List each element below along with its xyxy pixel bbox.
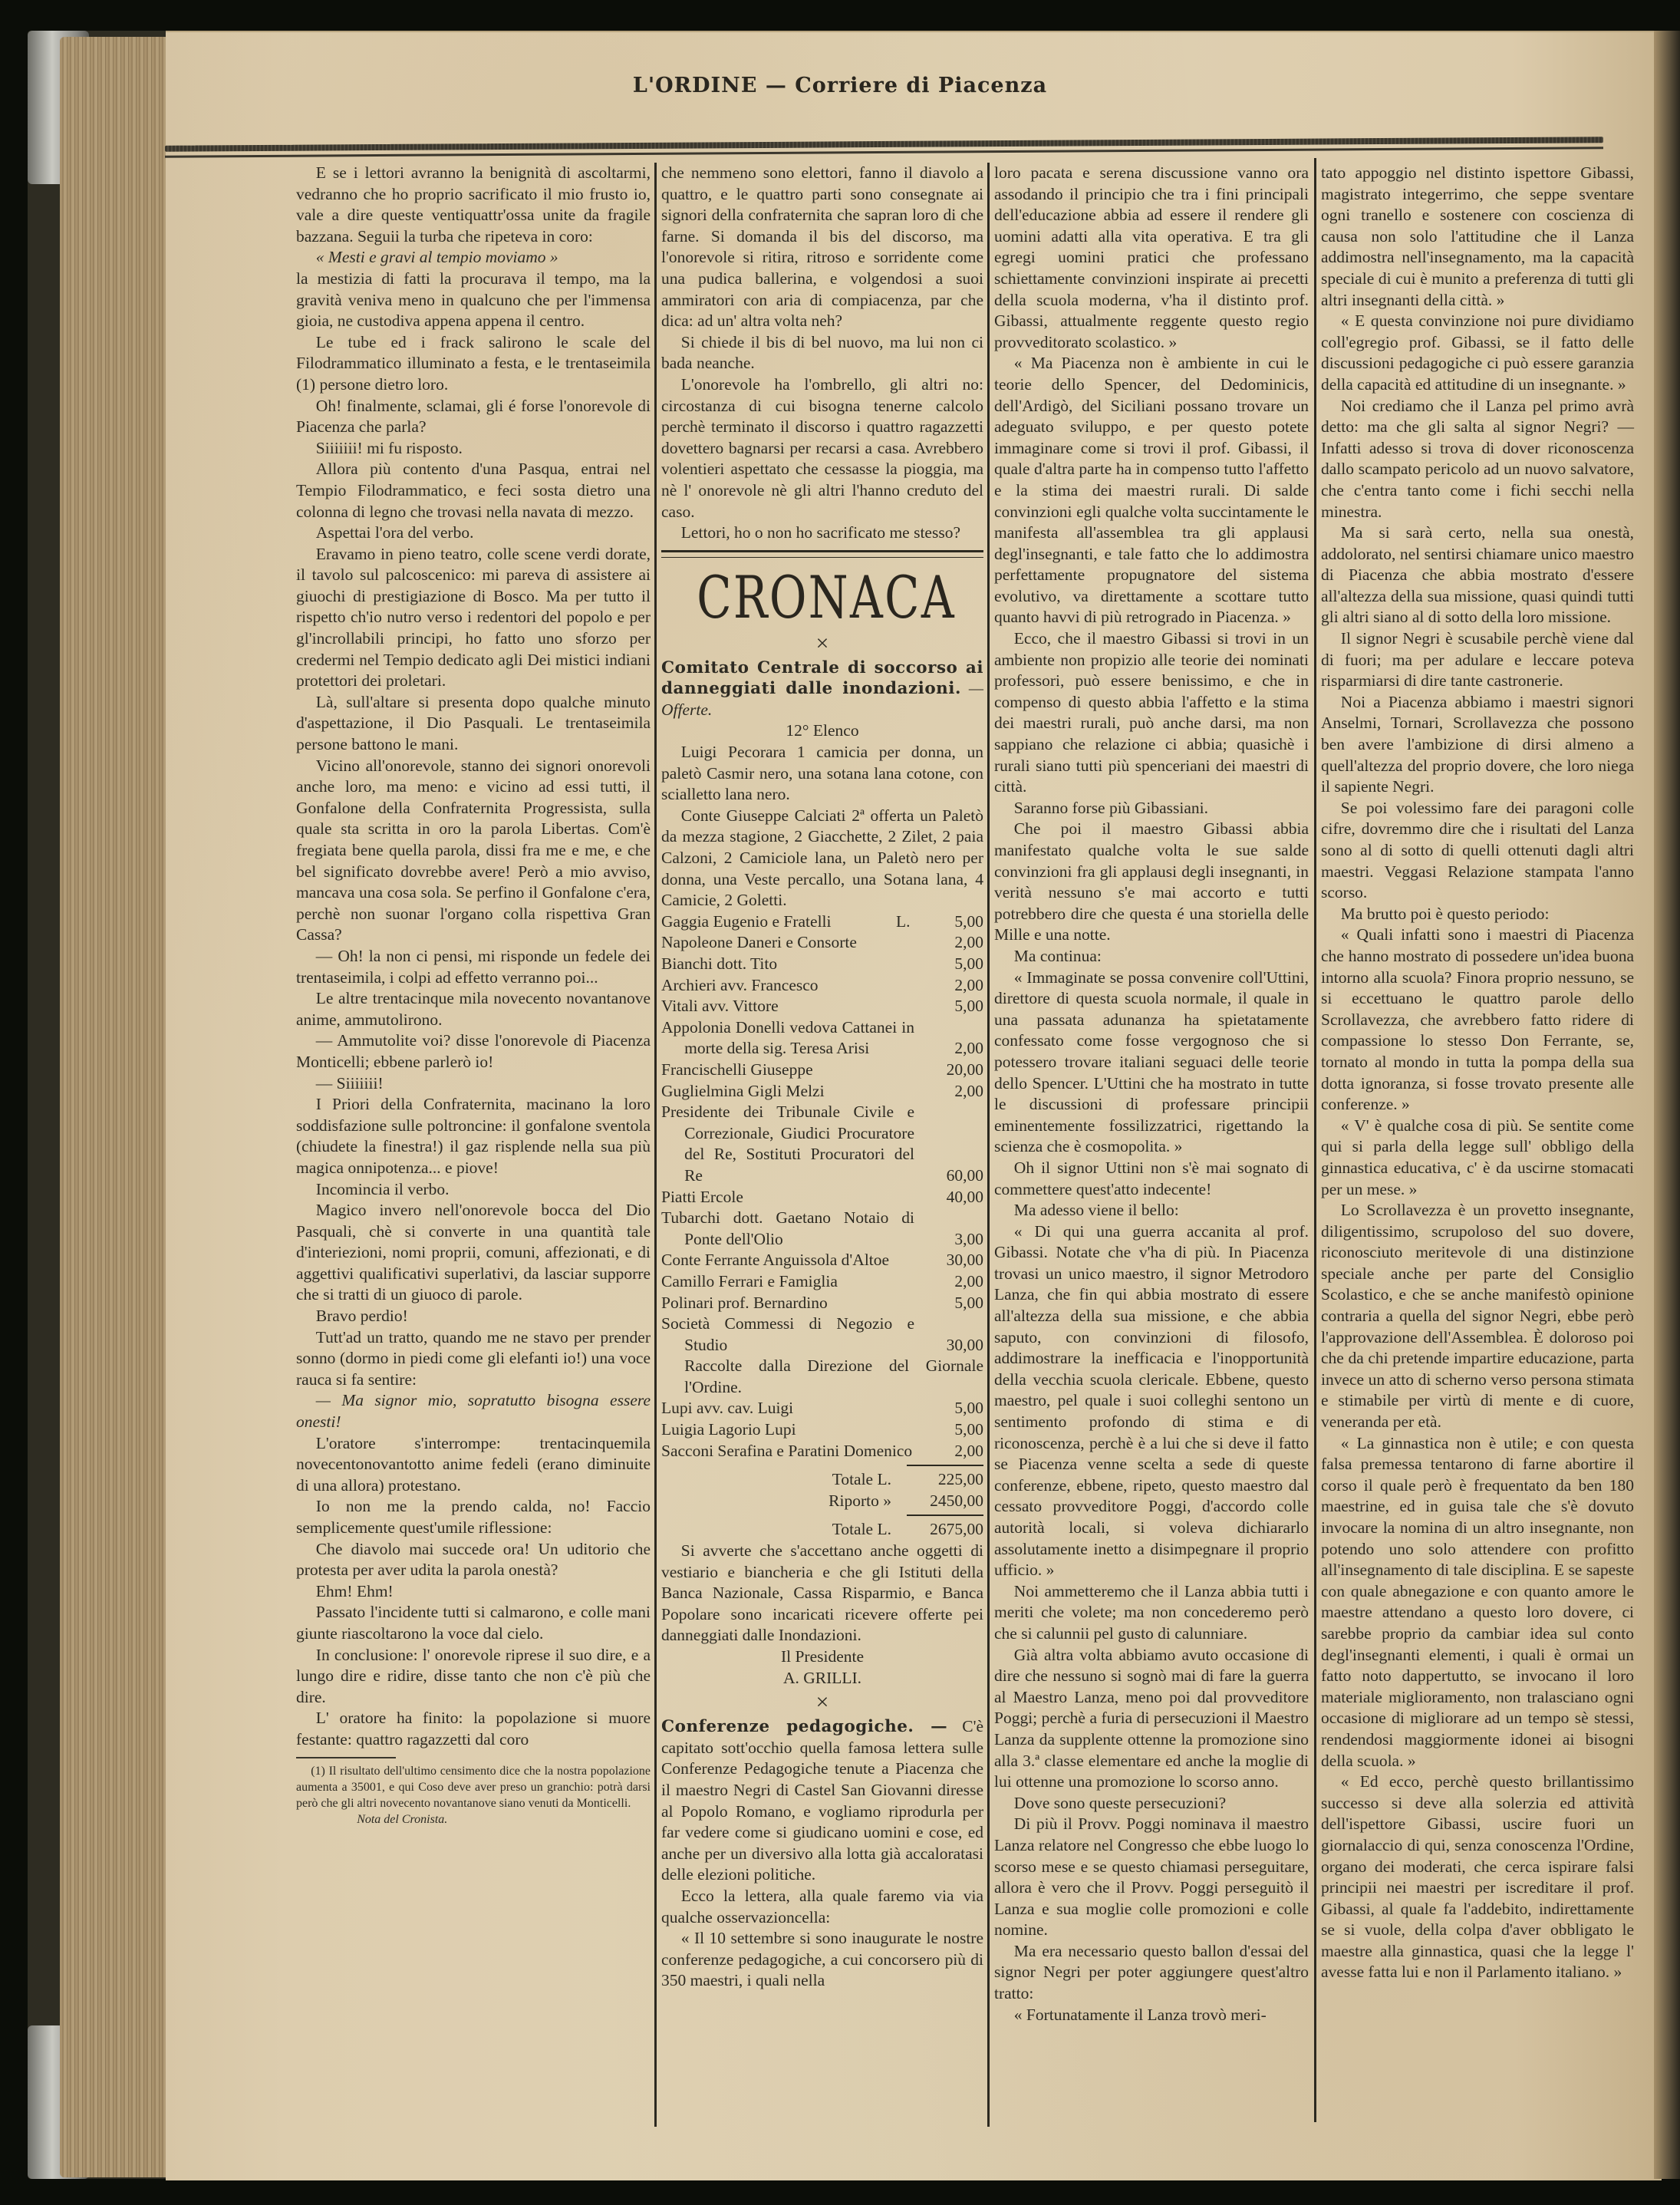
donation-row: Piatti Ercole 40,00 [661, 1187, 983, 1208]
footnote: (1) Il risultato dell'ultimo censimento … [296, 1763, 651, 1828]
donation-row: Archieri avv. Francesco 2,00 [661, 975, 983, 997]
paragraph: la mestizia di fatti la procurava il tem… [296, 269, 651, 332]
paragraph: Oh! finalmente, sclamai, gli é forse l'o… [296, 396, 651, 438]
paragraph: Le tube ed i frack salirono le scale del… [296, 332, 651, 396]
paragraph-quote: « Mesti e gravi al tempio moviamo » [296, 247, 651, 269]
paragraph: Se poi volessimo fare dei paragoni colle… [1321, 798, 1634, 904]
paragraph: Le altre trentacinque mila novecento nov… [296, 988, 651, 1030]
paragraph: Dove sono queste persecuzioni? [994, 1793, 1309, 1814]
donation-amount: 60,00 [922, 1165, 983, 1187]
paragraph: Che diavolo mai succede ora! Un uditorio… [296, 1539, 651, 1581]
column-2: che nemmeno sono elettori, fanno il diav… [661, 163, 983, 1992]
paragraph: — Oh! la non ci pensi, mi risponde un fe… [296, 946, 651, 988]
paragraph: « V' è qualche cosa di più. Se sentite c… [1321, 1116, 1634, 1200]
paragraph: « Il 10 settembre si sono inaugurate le … [661, 1928, 983, 1992]
donation-row: Vitali avv. Vittore 5,00 [661, 996, 983, 1017]
column-divider-2 [987, 163, 990, 2127]
paragraph: C'è capitato sott'occhio quella famosa l… [661, 1717, 983, 1884]
relief-headline: Comitato Centrale di soccorso ai dannegg… [661, 658, 983, 721]
donor-name: Presidente dei Tribunale Civile e Correz… [661, 1102, 922, 1186]
donation-row: Conte Ferrante Anguissola d'Altoe 30,00 [661, 1250, 983, 1271]
donor-name: Bianchi dott. Tito [661, 954, 922, 975]
donor-name: Società Commessi di Negozio e Studio [661, 1313, 922, 1356]
paragraph: « Fortunatamente il Lanza trovò meri- [994, 2005, 1309, 2026]
donation-amount: 5,00 [922, 996, 983, 1017]
donation-row: Francischelli Giuseppe 20,00 [661, 1060, 983, 1081]
donation-amount: 2,00 [922, 975, 983, 997]
paragraph: I Priori della Confraternita, macinano l… [296, 1094, 651, 1178]
grand-total-amount: 2675,00 [899, 1519, 983, 1541]
paragraph: Ehm! Ehm! [296, 1581, 651, 1603]
donor-name: Conte Ferrante Anguissola d'Altoe [661, 1250, 922, 1271]
donor-name: Napoleone Daneri e Consorte [661, 932, 922, 954]
paragraph: Bravo perdio! [296, 1306, 651, 1327]
paragraph: che nemmeno sono elettori, fanno il diav… [661, 163, 983, 332]
carryover-amount: 2450,00 [899, 1491, 983, 1512]
paragraph: Ma adesso viene il bello: [994, 1200, 1309, 1221]
donation-row: Lupi avv. cav. Luigi 5,00 [661, 1398, 983, 1419]
donor-name: Appolonia Donelli vedova Cattanei in mor… [661, 1017, 922, 1060]
paragraph: loro pacata e serena discussione vanno o… [994, 163, 1309, 353]
donation-amount: 20,00 [922, 1060, 983, 1081]
paragraph: Vicino all'onorevole, stanno dei signori… [296, 756, 651, 946]
paragraph: In conclusione: l' onorevole riprese il … [296, 1645, 651, 1709]
relief-headline-text: Comitato Centrale di soccorso ai dannegg… [661, 658, 983, 699]
paragraph: Già altra volta abbiamo avuto occasione … [994, 1645, 1309, 1793]
donation-row: Tubarchi dott. Gaetano Notaio di Ponte d… [661, 1208, 983, 1250]
paragraph: Siiiiiii! mi fu risposto. [296, 438, 651, 460]
paragraph: Ma era necessario questo ballon d'essai … [994, 1941, 1309, 2005]
paragraph: Che poi il maestro Gibassi abbia manifes… [994, 819, 1309, 946]
cross-divider-icon: × [661, 631, 983, 656]
donation-amount: 2,00 [922, 932, 983, 954]
binding-shadow [1654, 31, 1680, 2179]
donation-amount: 2,00 [922, 1271, 983, 1293]
donation-row: Gaggia Eugenio e Fratelli L. 5,00 [661, 911, 983, 933]
donor-name: Gaggia Eugenio e Fratelli [661, 911, 896, 933]
paragraph: « La ginnastica non è utile; e con quest… [1321, 1433, 1634, 1772]
paragraph: Lettori, ho o non ho sacrificato me stes… [661, 522, 983, 544]
column-divider-3 [1314, 158, 1316, 2122]
paragraph: Ma brutto poi è questo periodo: [1321, 904, 1634, 925]
paragraph: Ma si sarà certo, nella sua onestà, addo… [1321, 522, 1634, 628]
paragraph: L'oratore s'interrompe: trentacinquemila… [296, 1433, 651, 1497]
donation-row: Presidente dei Tribunale Civile e Correz… [661, 1102, 983, 1186]
paragraph: — Siiiiiii! [296, 1073, 651, 1095]
donor-name: Luigia Lagorio Lupi [661, 1419, 922, 1441]
donation-row: Sacconi Serafina e Paratini Domenico 2,0… [661, 1441, 983, 1462]
donation-amount: 2,00 [922, 1441, 983, 1462]
total-rule [907, 1514, 983, 1516]
donation-amount: 5,00 [922, 1419, 983, 1441]
donation-row: Polinari prof. Bernardino 5,00 [661, 1293, 983, 1314]
footnote-text: (1) Il risultato dell'ultimo censimento … [296, 1763, 651, 1811]
paragraph: « Immaginate se possa convenire coll'Utt… [994, 967, 1309, 1158]
donation-row: Società Commessi di Negozio e Studio 30,… [661, 1313, 983, 1356]
donor-name: Tubarchi dott. Gaetano Notaio di Ponte d… [661, 1208, 922, 1250]
donation-row: Napoleone Daneri e Consorte 2,00 [661, 932, 983, 954]
donor-name: Francischelli Giuseppe [661, 1060, 922, 1081]
masthead-title: L'ORDINE — Corriere di Piacenza [0, 74, 1680, 97]
paragraph: Di più il Provv. Poggi nominava il maest… [994, 1814, 1309, 1941]
currency: L. [896, 911, 922, 933]
paragraph: « Di qui una guerra accanita al prof. Gi… [994, 1221, 1309, 1581]
footnote-rule [296, 1757, 396, 1758]
paragraph: « Ma Piacenza non è ambiente in cui le t… [994, 353, 1309, 628]
donor-name: Sacconi Serafina e Paratini Domenico [661, 1441, 922, 1462]
paragraph: L'onorevole ha l'ombrello, gli altri no:… [661, 374, 983, 522]
signer-title: Il Presidente [661, 1646, 983, 1668]
footnote-signature: Nota del Cronista. [296, 1811, 651, 1828]
paragraph: Allora più contento d'una Pasqua, entrai… [296, 459, 651, 522]
paragraph: Noi ammetteremo che il Lanza abbia tutti… [994, 1581, 1309, 1645]
donor-name: Piatti Ercole [661, 1187, 922, 1208]
donation-amount: 5,00 [922, 911, 983, 933]
total-rule [907, 1465, 983, 1466]
carryover-row: Riporto » 2450,00 [661, 1491, 983, 1512]
signer-name: A. GRILLI. [661, 1668, 983, 1689]
donor-name: Lupi avv. cav. Luigi [661, 1398, 922, 1419]
paragraph: Lo Scrollavezza è un provetto insegnante… [1321, 1200, 1634, 1433]
donor-name: Camillo Ferrari e Famiglia [661, 1271, 922, 1293]
column-4: tato appoggio nel distinto ispettore Gib… [1321, 163, 1634, 1983]
paragraph: tato appoggio nel distinto ispettore Gib… [1321, 163, 1634, 311]
paragraph: Magico invero nell'onorevole bocca del D… [296, 1200, 651, 1306]
donation-amount: 5,00 [922, 1293, 983, 1314]
paragraph: Ecco, che il maestro Gibassi si trovi in… [994, 628, 1309, 798]
paragraph: — Ma signor mio, sopratutto bisogna esse… [296, 1390, 651, 1432]
paragraph: Il signor Negri è scusabile perchè viene… [1321, 628, 1634, 692]
paragraph: Saranno forse più Gibassiani. [994, 798, 1309, 819]
grand-total-row: Totale L. 2675,00 [661, 1519, 983, 1541]
column-1: E se i lettori avranno la benignità di a… [296, 163, 651, 1828]
section-title-cronaca: CRONACA [697, 565, 948, 630]
donation-intro: Conte Giuseppe Calciati 2ª offerta un Pa… [661, 806, 983, 911]
paragraph: Noi a Piacenza abbiamo i maestri signori… [1321, 692, 1634, 798]
section-divider [661, 550, 983, 558]
donation-row: Bianchi dott. Tito 5,00 [661, 954, 983, 975]
paragraph: « E questa convinzione noi pure dividiam… [1321, 311, 1634, 395]
paragraph: Passato l'incidente tutti si calmarono, … [296, 1602, 651, 1644]
page-edges [60, 37, 167, 2177]
relief-notice: Si avverte che s'accettano anche oggetti… [661, 1541, 983, 1646]
donation-amount: 40,00 [922, 1187, 983, 1208]
donation-amount: 5,00 [922, 1398, 983, 1419]
paragraph: L' oratore ha finito: la popolazione si … [296, 1708, 651, 1750]
donation-row: Guglielmina Gigli Melzi 2,00 [661, 1081, 983, 1102]
paragraph: — Ammutolite voi? disse l'onorevole di P… [296, 1030, 651, 1073]
column-divider-1 [654, 163, 657, 2127]
donor-name: Archieri avv. Francesco [661, 975, 922, 997]
column-3: loro pacata e serena discussione vanno o… [994, 163, 1309, 2025]
donor-name: Polinari prof. Bernardino [661, 1293, 922, 1314]
donation-amount: 2,00 [922, 1038, 983, 1060]
paragraph: Si chiede il bis di bel nuovo, ma lui no… [661, 332, 983, 374]
donation-amount: 30,00 [922, 1250, 983, 1271]
paragraph: Tutt'ad un tratto, quando me ne stavo pe… [296, 1327, 651, 1391]
paragraph: « Ed ecco, perchè questo brillantissimo … [1321, 1772, 1634, 1983]
donation-amount: 5,00 [922, 954, 983, 975]
grand-total-label: Totale L. [832, 1519, 899, 1541]
collected-note: Raccolte dalla Direzione del Giornale l'… [661, 1356, 983, 1398]
paragraph: Oh il signor Uttini non s'è mai sognato … [994, 1158, 1309, 1200]
carryover-label: Riporto » [828, 1491, 899, 1512]
list-title: 12° Elenco [661, 720, 983, 742]
conferences-headline-para: Conferenze pedagogiche. — C'è capitato s… [661, 1716, 983, 1886]
donor-name: Guglielmina Gigli Melzi [661, 1081, 922, 1102]
paragraph: Eravamo in pieno teatro, colle scene ver… [296, 544, 651, 692]
donor-name: Vitali avv. Vittore [661, 996, 922, 1017]
donation-row: Camillo Ferrari e Famiglia 2,00 [661, 1271, 983, 1293]
paragraph: E se i lettori avranno la benignità di a… [296, 163, 651, 247]
conferences-headline: Conferenze pedagogiche. — [661, 1717, 947, 1736]
donation-row: Appolonia Donelli vedova Cattanei in mor… [661, 1017, 983, 1060]
donation-amount: 2,00 [922, 1081, 983, 1102]
paragraph: Incomincia il verbo. [296, 1179, 651, 1201]
total-label: Totale L. [832, 1469, 899, 1491]
paragraph: Aspettai l'ora del verbo. [296, 522, 651, 544]
donation-amount: 3,00 [922, 1229, 983, 1251]
donation-amount: 30,00 [922, 1335, 983, 1356]
donation-intro: Luigi Pecorara 1 camicia per donna, un p… [661, 742, 983, 806]
paragraph: Là, sull'altare si presenta dopo qualche… [296, 692, 651, 756]
cross-divider-icon: × [661, 1690, 983, 1715]
donation-row: Luigia Lagorio Lupi 5,00 [661, 1419, 983, 1441]
paragraph: Ecco la lettera, alla quale faremo via v… [661, 1886, 983, 1928]
paragraph: Noi crediamo che il Lanza pel primo avrà… [1321, 396, 1634, 523]
paragraph: Ma continua: [994, 946, 1309, 967]
paragraph: « Quali infatti sono i maestri di Piacen… [1321, 925, 1634, 1115]
total-row: Totale L. 225,00 [661, 1469, 983, 1491]
paragraph: Io non me la prendo calda, no! Faccio se… [296, 1496, 651, 1538]
total-amount: 225,00 [899, 1469, 983, 1491]
